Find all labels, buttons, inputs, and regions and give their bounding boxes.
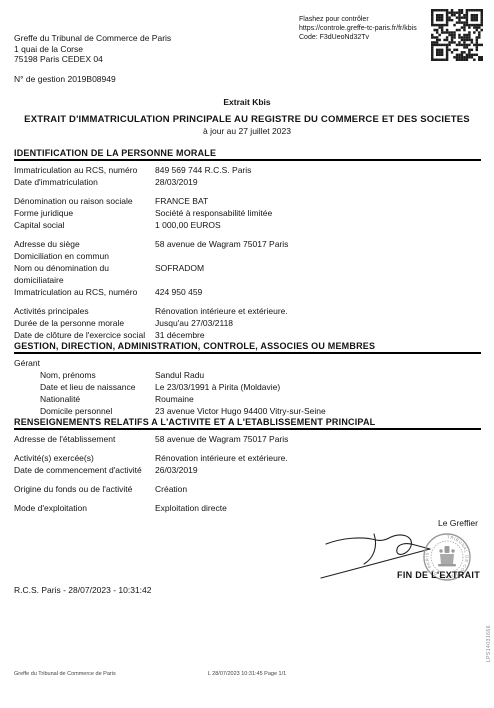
field-value bbox=[155, 357, 481, 369]
field-label: Immatriculation au RCS, numéro bbox=[14, 164, 155, 176]
field-label: Activité(s) exercée(s) bbox=[14, 452, 155, 464]
field-value: Société à responsabilité limitée bbox=[155, 207, 481, 219]
field-row: Immatriculation au RCS, numéro849 569 74… bbox=[14, 164, 481, 176]
field-label: Date d'immatriculation bbox=[14, 176, 155, 188]
field-row: Adresse du siège58 avenue de Wagram 7501… bbox=[14, 238, 481, 250]
greffier-label: Le Greffier bbox=[438, 518, 478, 528]
issuer-address-block: Greffe du Tribunal de Commerce de Paris … bbox=[14, 33, 171, 65]
field-row: Nom ou dénomination du domiciliataireSOF… bbox=[14, 262, 481, 286]
field-value: Sandul Radu bbox=[155, 369, 481, 381]
section-title: IDENTIFICATION DE LA PERSONNE MORALE bbox=[14, 148, 481, 161]
issuer-line: 75198 Paris CEDEX 04 bbox=[14, 54, 171, 65]
issuer-line: 1 quai de la Corse bbox=[14, 44, 171, 55]
section: RENSEIGNEMENTS RELATIFS A L'ACTIVITE ET … bbox=[14, 417, 481, 514]
field-label: Dénomination ou raison sociale bbox=[14, 195, 155, 207]
field-label: Mode d'exploitation bbox=[14, 502, 155, 514]
sections: IDENTIFICATION DE LA PERSONNE MORALEImma… bbox=[14, 148, 481, 514]
field-label: Domicile personnel bbox=[14, 405, 155, 417]
field-row: Date et lieu de naissanceLe 23/03/1991 à… bbox=[14, 381, 481, 393]
control-url: https://controle.greffe-tc-paris.fr/fr/k… bbox=[299, 24, 417, 33]
field-value: Jusqu'au 27/03/2118 bbox=[155, 317, 481, 329]
field-row: Activités principalesRénovation intérieu… bbox=[14, 305, 481, 317]
field-value: 58 avenue de Wagram 75017 Paris bbox=[155, 238, 481, 250]
field-value: 58 avenue de Wagram 75017 Paris bbox=[155, 433, 481, 445]
field-row: Domicile personnel23 avenue Victor Hugo … bbox=[14, 405, 481, 417]
field-row: Nom, prénomsSandul Radu bbox=[14, 369, 481, 381]
control-code: Code: F3dUeoNd32Tv bbox=[299, 33, 417, 42]
field-value: 1 000,00 EUROS bbox=[155, 219, 481, 231]
field-row: Activité(s) exercée(s)Rénovation intérie… bbox=[14, 452, 481, 464]
section-title: RENSEIGNEMENTS RELATIFS A L'ACTIVITE ET … bbox=[14, 417, 481, 430]
field-label: Domiciliation en commun bbox=[14, 250, 155, 262]
field-label: Nationalité bbox=[14, 393, 155, 405]
rcs-date-line: R.C.S. Paris - 28/07/2023 - 10:31:42 bbox=[14, 585, 152, 595]
field-label: Nom, prénoms bbox=[14, 369, 155, 381]
footer-print-info: L 28/07/2023 10:31:45 Page 1/1 bbox=[0, 671, 494, 677]
field-row: Immatriculation au RCS, numéro424 950 45… bbox=[14, 286, 481, 298]
field-label: Nom ou dénomination du domiciliataire bbox=[14, 262, 155, 286]
field-row: Adresse de l'établissement58 avenue de W… bbox=[14, 433, 481, 445]
field-value: Exploitation directe bbox=[155, 502, 481, 514]
flash-instruction: Flashez pour contrôler bbox=[299, 15, 417, 24]
field-value: Création bbox=[155, 483, 481, 495]
section: IDENTIFICATION DE LA PERSONNE MORALEImma… bbox=[14, 148, 481, 341]
field-row: Durée de la personne moraleJusqu'au 27/0… bbox=[14, 317, 481, 329]
group-row: Gérant bbox=[14, 357, 481, 369]
field-value: 23 avenue Victor Hugo 94400 Vitry-sur-Se… bbox=[155, 405, 481, 417]
field-label: Date de clôture de l'exercice social bbox=[14, 329, 155, 341]
field-value: 424 950 459 bbox=[155, 286, 481, 298]
field-value: 28/03/2019 bbox=[155, 176, 481, 188]
field-value: Rénovation intérieure et extérieure. bbox=[155, 452, 481, 464]
field-label: Origine du fonds ou de l'activité bbox=[14, 483, 155, 495]
field-label: Activités principales bbox=[14, 305, 155, 317]
field-row: Mode d'exploitationExploitation directe bbox=[14, 502, 481, 514]
field-row: Dénomination ou raison socialeFRANCE BAT bbox=[14, 195, 481, 207]
field-label: Gérant bbox=[14, 357, 155, 369]
gestion-number: N° de gestion 2019B08949 bbox=[14, 74, 116, 84]
field-value: 31 décembre bbox=[155, 329, 481, 341]
issuer-line: Greffe du Tribunal de Commerce de Paris bbox=[14, 33, 171, 44]
qr-code-icon bbox=[431, 9, 483, 61]
field-label: Durée de la personne morale bbox=[14, 317, 155, 329]
seal-emblem bbox=[438, 546, 456, 566]
field-label: Immatriculation au RCS, numéro bbox=[14, 286, 155, 298]
field-row: Date de clôture de l'exercice social31 d… bbox=[14, 329, 481, 341]
field-value: Rénovation intérieure et extérieure. bbox=[155, 305, 481, 317]
flash-control-block: Flashez pour contrôler https://controle.… bbox=[299, 15, 417, 42]
field-value: Roumaine bbox=[155, 393, 481, 405]
field-row: NationalitéRoumaine bbox=[14, 393, 481, 405]
field-value: 849 569 744 R.C.S. Paris bbox=[155, 164, 481, 176]
section-title: GESTION, DIRECTION, ADMINISTRATION, CONT… bbox=[14, 341, 481, 354]
field-row: Domiciliation en commun bbox=[14, 250, 481, 262]
side-reference-id: LPS14031666 bbox=[486, 625, 492, 662]
end-of-extract-label: FIN DE L'EXTRAIT bbox=[397, 570, 480, 580]
field-row: Date d'immatriculation28/03/2019 bbox=[14, 176, 481, 188]
field-label: Adresse de l'établissement bbox=[14, 433, 155, 445]
field-row: Capital social1 000,00 EUROS bbox=[14, 219, 481, 231]
document-type-title: Extrait Kbis bbox=[0, 97, 494, 107]
field-label: Forme juridique bbox=[14, 207, 155, 219]
as-of-date: à jour au 27 juillet 2023 bbox=[0, 126, 494, 136]
field-label: Date et lieu de naissance bbox=[14, 381, 155, 393]
kbis-document-page: Greffe du Tribunal de Commerce de Paris … bbox=[0, 0, 494, 708]
field-value: Le 23/03/1991 à Pirita (Moldavie) bbox=[155, 381, 481, 393]
field-value: SOFRADOM bbox=[155, 262, 481, 286]
section: GESTION, DIRECTION, ADMINISTRATION, CONT… bbox=[14, 341, 481, 417]
field-value: 26/03/2019 bbox=[155, 464, 481, 476]
field-label: Capital social bbox=[14, 219, 155, 231]
field-value bbox=[155, 250, 481, 262]
field-value: FRANCE BAT bbox=[155, 195, 481, 207]
field-row: Origine du fonds ou de l'activitéCréatio… bbox=[14, 483, 481, 495]
field-label: Adresse du siège bbox=[14, 238, 155, 250]
page-title: EXTRAIT D'IMMATRICULATION PRINCIPALE AU … bbox=[0, 114, 494, 125]
field-row: Forme juridiqueSociété à responsabilité … bbox=[14, 207, 481, 219]
field-row: Date de commencement d'activité26/03/201… bbox=[14, 464, 481, 476]
field-label: Date de commencement d'activité bbox=[14, 464, 155, 476]
